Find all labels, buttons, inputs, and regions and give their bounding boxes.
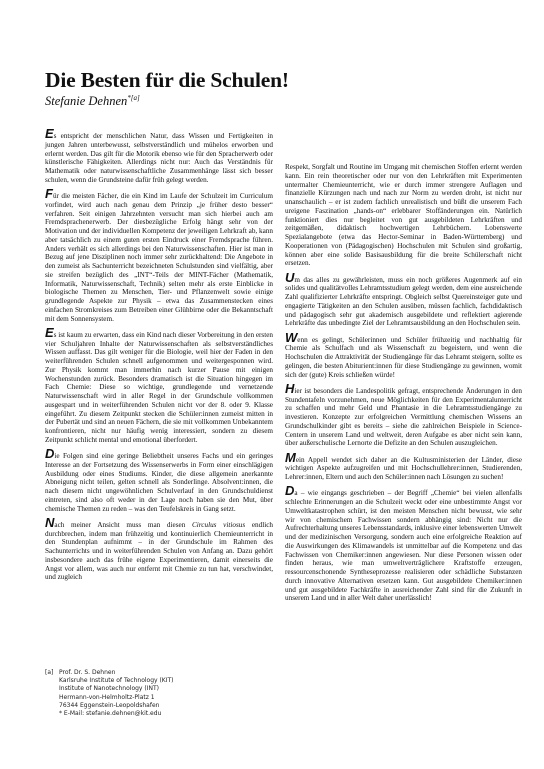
paragraph-text: Respekt, Sorgfalt und Routine im Umgang … <box>285 163 522 267</box>
paragraph: Für die meisten Fächer, die ein Kind im … <box>45 190 273 323</box>
affiliation-mark: [a] <box>45 669 59 677</box>
paragraph: Nach meiner Ansicht muss man diesen Circ… <box>45 519 273 582</box>
asterisk-mark: * <box>59 710 62 717</box>
latin-phrase: Circulus vitiosus <box>192 521 245 529</box>
paragraph: Hier ist besonders die Landespolitik gef… <box>285 385 522 448</box>
left-column: Es entspricht der menschlichen Natur, da… <box>45 130 273 588</box>
affiliation-line: 76344 Eggenstein-Leopoldshafen <box>45 702 265 710</box>
author-affiliation: [a]Prof. Dr. S. Dehnen Karlsruhe Institu… <box>45 669 265 718</box>
article-title: Die Besten für die Schulen! <box>45 68 289 92</box>
drop-cap: N <box>45 515 54 530</box>
affiliation-email: * E-Mail: stefanie.dehnen@kit.edu <box>45 710 265 718</box>
affiliation-line: Institute of Nanotechnology (INT) <box>45 685 265 693</box>
paragraph: Mein Appell wendet sich daher an die Kul… <box>285 454 522 482</box>
drop-cap: E <box>45 126 54 141</box>
author-name: Stefanie Dehnen <box>45 94 127 108</box>
author-marks: *[a] <box>127 94 139 102</box>
paragraph-text: enn es gelingt, Schülerinnen und Schüler… <box>285 336 522 379</box>
paragraph-text: ach meiner Ansicht muss man diesen <box>54 521 192 529</box>
paragraph: Es entspricht der menschlichen Natur, da… <box>45 130 273 185</box>
paragraph-text: ür die meisten Fächer, die ein Kind im L… <box>45 192 273 323</box>
paragraph: Respekt, Sorgfalt und Routine im Umgang … <box>285 163 522 268</box>
drop-cap: U <box>285 270 294 285</box>
drop-cap: M <box>285 450 296 465</box>
drop-cap: W <box>285 330 297 345</box>
paragraph-text: endlich durchbrechen, indem man frühzeit… <box>45 521 273 582</box>
drop-cap: E <box>45 325 54 340</box>
paragraph-text: m das alles zu gewährleisten, muss ein n… <box>285 276 522 328</box>
affiliation-name: Prof. Dr. S. Dehnen <box>59 669 115 676</box>
paragraph-text: s entspricht der menschlichen Natur, das… <box>45 132 273 184</box>
author-line: Stefanie Dehnen*[a] <box>45 94 140 109</box>
paragraph-text: ier ist besonders die Landespolitik gefr… <box>285 387 522 448</box>
paragraph: Die Folgen sind eine geringe Beliebtheit… <box>45 450 273 513</box>
paragraph: Um das alles zu gewährleisten, muss ein … <box>285 274 522 329</box>
right-column: Respekt, Sorgfalt und Routine im Umgang … <box>285 163 522 609</box>
paragraph: Da – wie eingangs geschrieben – der Begr… <box>285 487 522 603</box>
paragraph-text: a – wie eingangs geschrieben – der Begri… <box>285 489 522 602</box>
paragraph: Es ist kaum zu erwarten, dass ein Kind n… <box>45 329 273 445</box>
drop-cap: D <box>285 483 294 498</box>
affiliation-line: [a]Prof. Dr. S. Dehnen <box>45 669 265 677</box>
paragraph-text: ein Appell wendet sich daher an die Kult… <box>285 456 522 482</box>
affiliation-line: Hermann-von-Helmholtz-Platz 1 <box>45 694 265 702</box>
paragraph-text: ie Folgen sind eine geringe Beliebtheit … <box>45 452 273 513</box>
drop-cap: F <box>45 186 53 201</box>
drop-cap: D <box>45 446 54 461</box>
paragraph-text: s ist kaum zu erwarten, dass ein Kind na… <box>45 331 273 444</box>
affiliation-line: Karlsruhe Institute of Technology (KIT) <box>45 677 265 685</box>
paragraph: Wenn es gelingt, Schülerinnen und Schüle… <box>285 334 522 380</box>
email-link[interactable]: E-Mail: stefanie.dehnen@kit.edu <box>64 710 161 717</box>
drop-cap: H <box>285 381 294 396</box>
